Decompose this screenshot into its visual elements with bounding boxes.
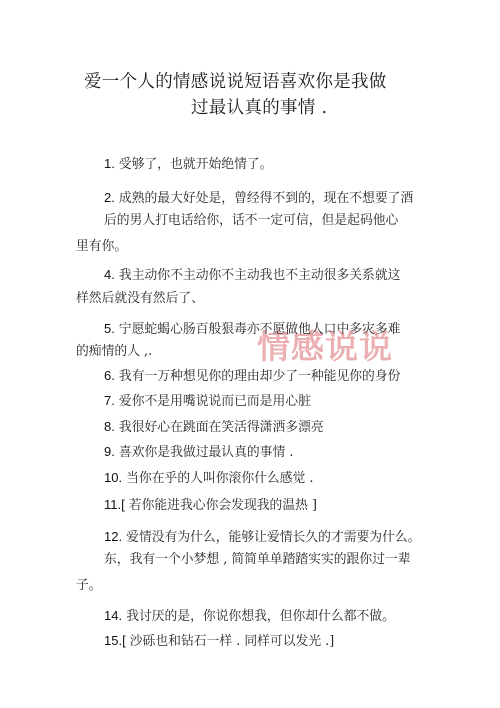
line-number: 15.[ xyxy=(104,633,126,648)
line-2: 2. 成熟的最大好处是，曾经得不到的，现在不想要了酒 xyxy=(104,187,413,206)
line-text: 若你能进我心你会发现我的温热 ] xyxy=(125,498,317,513)
line-text: 受够了，也就开始绝情了。 xyxy=(115,157,273,172)
line-12-cont2: 子。 xyxy=(76,574,102,593)
line-1: 1. 受够了，也就开始绝情了。 xyxy=(104,153,272,172)
line-text: 沙砾也和钻石一样 . 同样可以发光 .] xyxy=(126,634,335,649)
page-title-line-1: 爱一个人的情感说说短语喜欢你是我做 xyxy=(84,68,387,93)
line-10: 10. 当你在乎的人叫你滚你什么感觉 . xyxy=(104,467,313,486)
line-11: 11.[ 若你能进我心你会发现我的温热 ] xyxy=(104,494,317,513)
line-text: 子。 xyxy=(76,578,102,593)
line-text: 我有一万种想见你的理由却少了一种能见你的身份 xyxy=(115,369,401,384)
line-6: 6. 我有一万种想见你的理由却少了一种能见你的身份 xyxy=(104,365,400,384)
line-number: 2. xyxy=(104,190,115,205)
line-number: 10. xyxy=(104,470,122,485)
line-text: 我主动你不主动你不主动我也不主动很多关系就这 xyxy=(115,268,401,283)
line-text: 爱你不是用嘴说说而已而是用心脏 xyxy=(115,394,311,409)
line-text: 当你在乎的人叫你滚你什么感觉 . xyxy=(122,471,313,486)
page-title-line-2: 过最认真的事情 . xyxy=(191,94,327,119)
line-text: 样然后就没有然后了、 xyxy=(76,291,204,306)
line-12: 12. 爱情没有为什么，能够让爱情长久的才需要为什么。 xyxy=(104,526,420,545)
line-7: 7. 爱你不是用嘴说说而已而是用心脏 xyxy=(104,390,311,409)
line-number: 8. xyxy=(104,419,115,434)
line-9: 9. 喜欢你是我做过最认真的事情 . xyxy=(104,441,293,460)
line-text: 成熟的最大好处是，曾经得不到的，现在不想要了酒 xyxy=(115,191,413,206)
line-number: 4. xyxy=(104,267,115,282)
line-4-cont: 样然后就没有然后了、 xyxy=(76,287,204,306)
line-text: 宁愿蛇蝎心肠百般狠毒亦不愿做他人口中多灾多难 xyxy=(115,322,401,337)
line-text: 我讨厌的是，你说你想我，但你却什么都不做。 xyxy=(122,609,395,624)
line-4: 4. 我主动你不主动你不主动我也不主动很多关系就这 xyxy=(104,264,400,283)
line-number: 5. xyxy=(104,321,115,336)
line-number: 7. xyxy=(104,393,115,408)
line-text: 我很好心在跳面在笑活得潇洒多漂亮 xyxy=(115,420,324,435)
line-14: 14. 我讨厌的是，你说你想我，但你却什么都不做。 xyxy=(104,605,395,624)
line-8: 8. 我很好心在跳面在笑活得潇洒多漂亮 xyxy=(104,416,324,435)
line-text: 喜欢你是我做过最认真的事情 . xyxy=(115,445,294,460)
line-2-cont: 后的男人打电话给你，话不一定可信，但是起码他心 xyxy=(104,209,398,228)
line-text: 里有你。 xyxy=(76,239,127,254)
line-number: 11.[ xyxy=(104,497,125,512)
line-text: 东，我有一个小梦想 , 简简单单踏踏实实的跟你过一辈 xyxy=(104,552,411,567)
line-text: 的痴情的人 ,. xyxy=(76,344,152,359)
line-text: 爱情没有为什么，能够让爱情长久的才需要为什么。 xyxy=(122,530,420,545)
line-text: 后的男人打电话给你，话不一定可信，但是起码他心 xyxy=(104,213,398,228)
line-number: 1. xyxy=(104,156,115,171)
line-5: 5. 宁愿蛇蝎心肠百般狠毒亦不愿做他人口中多灾多难 xyxy=(104,318,400,337)
line-15: 15.[ 沙砾也和钻石一样 . 同样可以发光 .] xyxy=(104,630,334,649)
line-number: 6. xyxy=(104,368,115,383)
line-number: 9. xyxy=(104,444,115,459)
line-12-cont: 东，我有一个小梦想 , 简简单单踏踏实实的跟你过一辈 xyxy=(104,548,411,567)
line-2-cont2: 里有你。 xyxy=(76,235,127,254)
line-5-cont: 的痴情的人 ,. xyxy=(76,340,152,359)
line-number: 12. xyxy=(104,529,122,544)
line-number: 14. xyxy=(104,608,122,623)
